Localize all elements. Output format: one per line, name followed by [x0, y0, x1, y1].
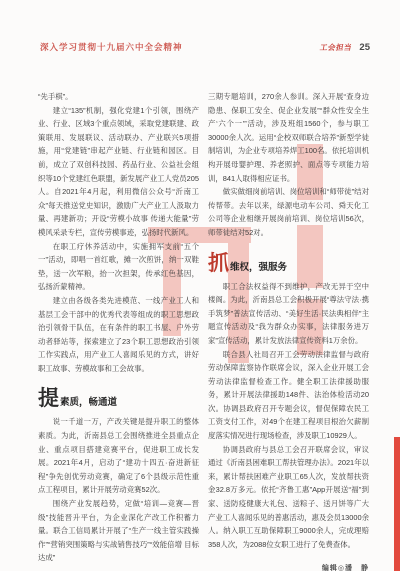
column-label: 工会担当: [319, 42, 353, 53]
paragraph: 三期专题培训，270余人参训。深入开展“查身边隐患、保职工安全、促企业发展”“群…: [208, 90, 369, 185]
section-heading-suzhi: 提素质，畅通道: [38, 388, 199, 410]
paragraph: 说一千道一万，产改关键是提升职工的整体素质。为此，沂南县总工会围绕推进全县重点企…: [38, 415, 199, 497]
magazine-page: 深入学习贯彻十九届六中全会精神 工会担当 25 “先手棋”。 建立“135”机制…: [0, 0, 400, 571]
editor-credit: 编辑◎潘 静: [208, 563, 369, 571]
section-lead-char: 提: [38, 387, 60, 410]
left-column: “先手棋”。 建立“135”机制，强化党建1个引领，围绕产业、行业、区域3个重点…: [38, 90, 199, 571]
paragraph: 协调县政府与县总工会召开联席会议，审议通过《沂南县困难职工帮扶管理办法》。202…: [208, 443, 369, 552]
strap-title: 深入学习贯彻十九届六中全会精神: [40, 41, 183, 53]
paragraph: 在职工疗休养活动中，实施拥军支前“五个一”活动，即唱一首红歌，摊一次煎饼，纳一双…: [38, 240, 199, 294]
paragraph: 联合县人社局召开工会劳动法律监督与政府劳动保障监察协作联席会议，深入企业开展工会…: [208, 348, 369, 443]
section-lead-char: 抓: [208, 252, 230, 275]
page-number: 25: [359, 42, 370, 53]
paragraph: 建立“135”机制，强化党建1个引领，围绕产业、行业、区域3个重点领域，采取党建…: [38, 104, 199, 240]
right-column: 三期专题培训，270余人参训。深入开展“查身边隐患、保职工安全、促企业发展”“群…: [208, 90, 369, 571]
paragraph: “先手棋”。: [38, 90, 199, 104]
section-heading-text: 素质，畅通道: [60, 397, 117, 408]
article-body: “先手棋”。 建立“135”机制，强化党建1个引领，围绕产业、行业、区域3个重点…: [38, 90, 369, 571]
paragraph: 围绕产业发展趋势，定做“培训—竞赛—晋级”技能晋升平台，为企业深化产改工作积蓄力…: [38, 497, 199, 565]
paragraph: 职工合法权益得不到维护，产改无异于空中楼阁。为此，沂南县总工会积极开展“尊法守法…: [208, 280, 369, 348]
page-header: 深入学习贯彻十九届六中全会精神 工会担当 25: [40, 41, 370, 53]
section-heading-text: 维权，强服务: [230, 262, 287, 273]
paragraph: 做实做细岗前培训、岗位培训和“师带徒”结对传帮带。去年以来，绿源电动车公司、舜天…: [208, 185, 369, 239]
header-right: 工会担当 25: [320, 42, 370, 53]
paragraph: 建立由各级各类先进模范、一线产业工人和基层工会干部中的优秀代表等组成的职工思想政…: [38, 294, 199, 376]
page-edge-red-strip: [394, 437, 400, 571]
section-heading-weiquan: 抓维权，强服务: [208, 253, 369, 275]
